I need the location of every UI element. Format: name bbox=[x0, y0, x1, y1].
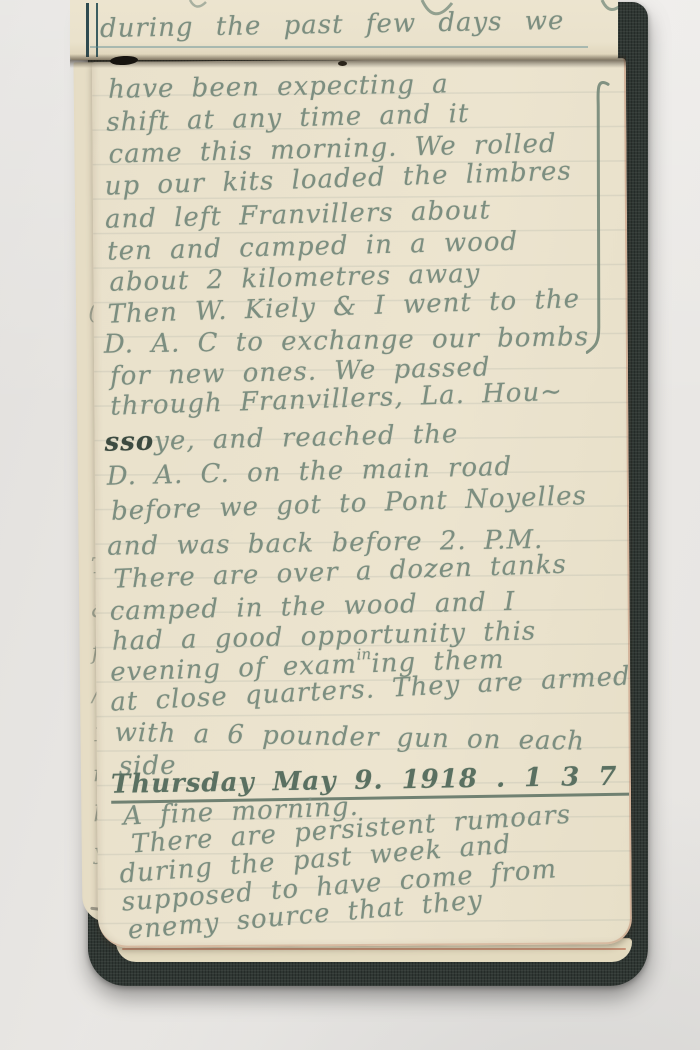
ink-blot bbox=[338, 61, 347, 66]
diary-text-line: have been expecting a bbox=[108, 69, 449, 104]
flipped-previous-page: during the past few days we bbox=[70, 0, 618, 60]
diary-text-line-overwritten: ssoye, and reached the bbox=[104, 419, 459, 458]
diary-text-line: D. A. C to exchange our bombs bbox=[104, 322, 590, 360]
page-edge-red-line bbox=[122, 948, 626, 950]
entry-date-heading: Thursday May 9. 1918 . 1 3 7 5. bbox=[111, 761, 632, 804]
overwritten-word-part: sso bbox=[104, 427, 154, 458]
blue-ruled-line bbox=[90, 46, 588, 48]
cut-off-descender-strokes bbox=[70, 0, 618, 26]
notebook: ( T & f / 1 n b y 1 have been expecting … bbox=[0, 0, 700, 1050]
diary-text-rest: ye, and reached the bbox=[154, 419, 459, 456]
diary-text-line: with a 6 pounder gun on each bbox=[114, 718, 585, 757]
diary-page: have been expecting a shift at any time … bbox=[92, 58, 632, 948]
inserted-correction: in bbox=[356, 645, 371, 663]
margin-bracket-stroke bbox=[584, 74, 620, 374]
